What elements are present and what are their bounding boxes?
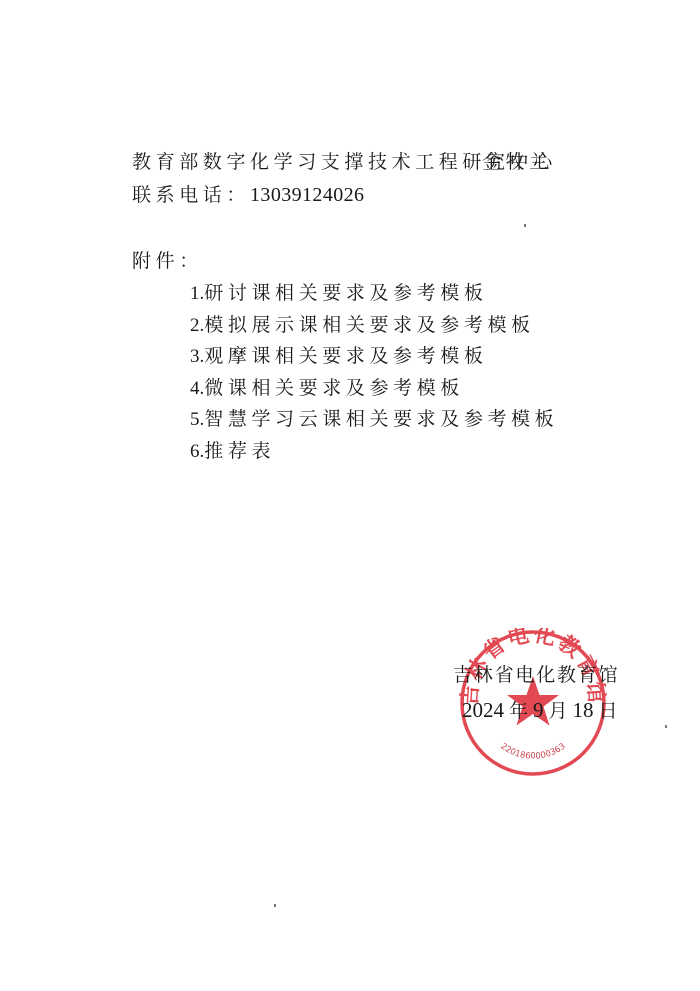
contact-person: 金牧兰 bbox=[482, 151, 553, 173]
scan-speck bbox=[665, 725, 667, 728]
scan-speck bbox=[274, 904, 276, 907]
date-year: 2024 bbox=[462, 698, 504, 722]
issuer-name: 吉林省电化教育馆 bbox=[453, 664, 619, 686]
attachments-title: 附件： bbox=[132, 250, 203, 272]
scan-speck bbox=[524, 224, 526, 227]
attachment-item: 3.观摩课相关要求及参考模板 bbox=[190, 345, 558, 377]
attachments-list: 1.研讨课相关要求及参考模板 2.模拟展示课相关要求及参考模板 3.观摩课相关要… bbox=[190, 282, 558, 472]
seal-code: 2201860000363 bbox=[498, 742, 567, 762]
phone-number: 13039124026 bbox=[250, 184, 364, 206]
phone-label: 联系电话： bbox=[132, 184, 250, 206]
attachment-item: 2.模拟展示课相关要求及参考模板 bbox=[190, 314, 558, 346]
attachment-item: 1.研讨课相关要求及参考模板 bbox=[190, 282, 558, 314]
attachment-item: 4.微课相关要求及参考模板 bbox=[190, 377, 558, 409]
attachment-item: 6.推荐表 bbox=[190, 440, 558, 472]
document-page: 教育部数字化学习支撑技术工程研究中心 金牧兰 联系电话：13039124026 … bbox=[0, 0, 700, 991]
issue-date: 2024年9月18日 bbox=[462, 699, 623, 722]
date-day: 18 bbox=[573, 698, 594, 722]
date-month: 9 bbox=[533, 698, 544, 722]
attachment-item: 5.智慧学习云课相关要求及参考模板 bbox=[190, 408, 558, 440]
contact-phone: 联系电话：13039124026 bbox=[132, 184, 364, 206]
